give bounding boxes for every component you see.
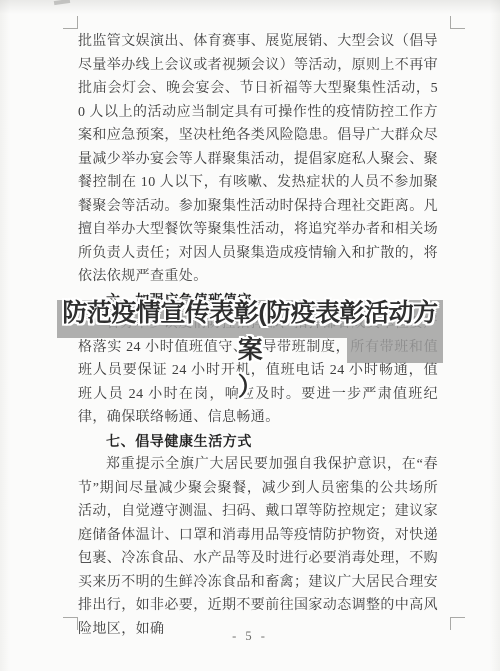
section-body-seven: 郑重提示全旗广大居民要加强自我保护意识，在“春节”期间尽量减少聚会聚餐，减少到人… [78,453,438,641]
watermark-title-line2: ） [57,369,443,406]
watermark-title: 防范疫情宣传表彰(防疫表彰活动方案 ） [57,295,443,406]
section-heading-seven: 七、倡导健康生活方式 [78,430,438,454]
page-number: - 5 - [0,629,500,644]
crop-mark-top-left [63,16,78,29]
scan-artifact [54,0,70,5]
watermark-title-line1: 防范疫情宣传表彰(防疫表彰活动方案 [57,295,443,369]
crop-mark-top-right [450,16,465,29]
paragraph-continuation: 批监管文娱演出、体育赛事、展览展销、大型会议（倡导尽量举办线上会议或者视频会议）… [78,30,438,289]
scanned-document-page: 批监管文娱演出、体育赛事、展览展销、大型会议（倡导尽量举办线上会议或者视频会议）… [0,0,500,671]
